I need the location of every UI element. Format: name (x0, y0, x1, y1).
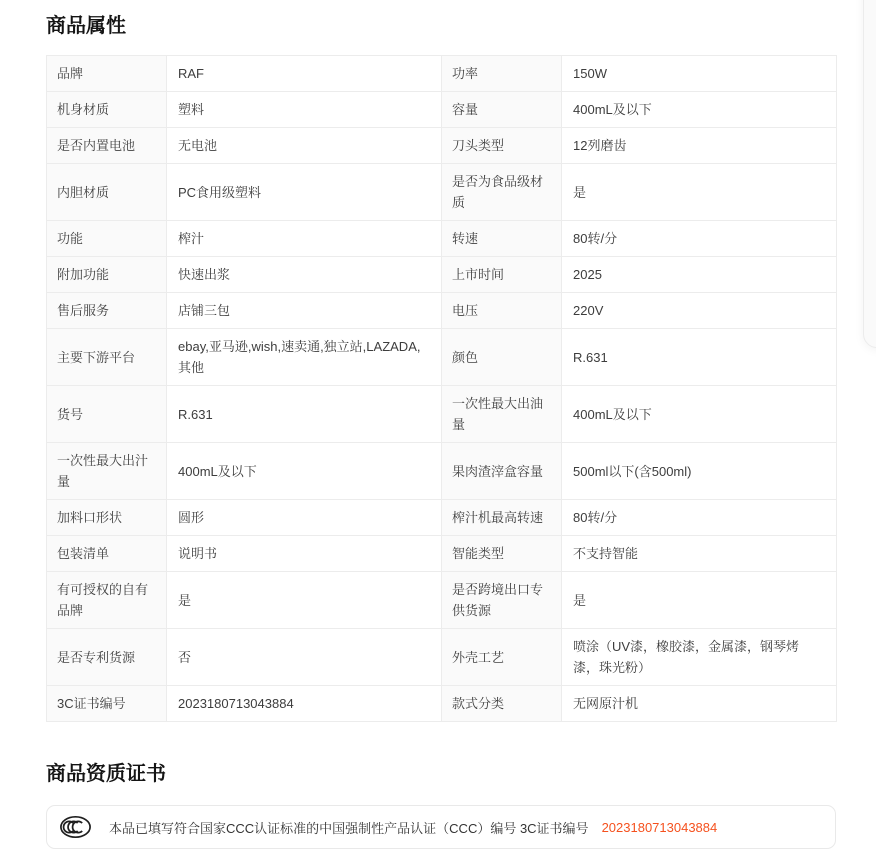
attribute-value: 150W (562, 56, 837, 92)
attribute-label: 款式分类 (442, 686, 562, 722)
attribute-label: 3C证书编号 (47, 686, 167, 722)
attribute-label: 加料口形状 (47, 500, 167, 536)
attribute-value: 无电池 (167, 128, 442, 164)
attribute-row: 3C证书编号2023180713043884款式分类无网原汁机 (47, 686, 837, 722)
attribute-label: 一次性最大出油量 (442, 386, 562, 443)
attribute-label: 颜色 (442, 329, 562, 386)
attribute-value: 2025 (562, 257, 837, 293)
attribute-row: 货号R.631一次性最大出油量400mL及以下 (47, 386, 837, 443)
certificate-number-link[interactable]: 2023180713043884 (602, 820, 718, 835)
attributes-table-body: 品牌RAF功率150W机身材质塑料容量400mL及以下是否内置电池无电池刀头类型… (47, 56, 837, 722)
attribute-value: 是 (167, 572, 442, 629)
attribute-label: 品牌 (47, 56, 167, 92)
attribute-row: 售后服务店铺三包电压220V (47, 293, 837, 329)
attribute-value: 500ml以下(含500ml) (562, 443, 837, 500)
attribute-value: RAF (167, 56, 442, 92)
attribute-value: R.631 (562, 329, 837, 386)
attribute-value: 喷涂（UV漆，橡胶漆，金属漆，钢琴烤漆，珠光粉） (562, 629, 837, 686)
attribute-value: 店铺三包 (167, 293, 442, 329)
attribute-label: 外壳工艺 (442, 629, 562, 686)
attribute-row: 功能榨汁转速80转/分 (47, 221, 837, 257)
attribute-value: 2023180713043884 (167, 686, 442, 722)
certificates-section-title: 商品资质证书 (46, 760, 836, 788)
attribute-row: 主要下游平台ebay,亚马逊,wish,速卖通,独立站,LAZADA,其他颜色R… (47, 329, 837, 386)
attribute-label: 功率 (442, 56, 562, 92)
attribute-value: 圆形 (167, 500, 442, 536)
attribute-value: ebay,亚马逊,wish,速卖通,独立站,LAZADA,其他 (167, 329, 442, 386)
attribute-row: 附加功能快速出浆上市时间2025 (47, 257, 837, 293)
certificate-statement-text: 本品已填写符合国家CCC认证标准的中国强制性产品认证（CCC）编号 3C证书编号 (109, 818, 589, 837)
attribute-label: 电压 (442, 293, 562, 329)
attribute-label: 机身材质 (47, 92, 167, 128)
attribute-value: 400mL及以下 (562, 92, 837, 128)
attribute-row: 有可授权的自有品牌是是否跨境出口专供货源是 (47, 572, 837, 629)
attribute-label: 功能 (47, 221, 167, 257)
attribute-value: 400mL及以下 (562, 386, 837, 443)
attribute-value: 否 (167, 629, 442, 686)
attribute-value: 不支持智能 (562, 536, 837, 572)
attribute-label: 包装清单 (47, 536, 167, 572)
attribute-value: R.631 (167, 386, 442, 443)
attribute-value: 塑料 (167, 92, 442, 128)
attribute-value: 无网原汁机 (562, 686, 837, 722)
attribute-row: 一次性最大出汁量400mL及以下果肉渣滓盒容量500ml以下(含500ml) (47, 443, 837, 500)
attribute-label: 是否专利货源 (47, 629, 167, 686)
attribute-value: 是 (562, 572, 837, 629)
attribute-label: 是否内置电池 (47, 128, 167, 164)
attribute-label: 上市时间 (442, 257, 562, 293)
attribute-label: 货号 (47, 386, 167, 443)
attribute-value: 400mL及以下 (167, 443, 442, 500)
attributes-table: 品牌RAF功率150W机身材质塑料容量400mL及以下是否内置电池无电池刀头类型… (46, 55, 837, 722)
attribute-label: 售后服务 (47, 293, 167, 329)
right-edge-floating-panel (863, 0, 876, 348)
attribute-label: 有可授权的自有品牌 (47, 572, 167, 629)
attribute-row: 品牌RAF功率150W (47, 56, 837, 92)
attribute-value: 榨汁 (167, 221, 442, 257)
attribute-row: 是否内置电池无电池刀头类型12列磨齿 (47, 128, 837, 164)
product-attributes-section: 商品属性 品牌RAF功率150W机身材质塑料容量400mL及以下是否内置电池无电… (46, 0, 836, 849)
attribute-row: 包装清单说明书智能类型不支持智能 (47, 536, 837, 572)
attribute-label: 内胆材质 (47, 164, 167, 221)
ccc-certification-icon (59, 815, 92, 839)
attribute-label: 转速 (442, 221, 562, 257)
attribute-label: 智能类型 (442, 536, 562, 572)
attribute-value: 快速出浆 (167, 257, 442, 293)
attribute-value: 是 (562, 164, 837, 221)
attribute-label: 一次性最大出汁量 (47, 443, 167, 500)
attributes-section-title: 商品属性 (46, 0, 836, 40)
product-detail-page: 商品属性 品牌RAF功率150W机身材质塑料容量400mL及以下是否内置电池无电… (0, 0, 876, 852)
attribute-label: 刀头类型 (442, 128, 562, 164)
attribute-value: PC食用级塑料 (167, 164, 442, 221)
certificate-card: 本品已填写符合国家CCC认证标准的中国强制性产品认证（CCC）编号 3C证书编号… (46, 805, 836, 849)
attribute-value: 80转/分 (562, 221, 837, 257)
attribute-label: 容量 (442, 92, 562, 128)
attribute-label: 是否跨境出口专供货源 (442, 572, 562, 629)
attribute-row: 机身材质塑料容量400mL及以下 (47, 92, 837, 128)
attribute-label: 附加功能 (47, 257, 167, 293)
attribute-value: 12列磨齿 (562, 128, 837, 164)
attribute-row: 是否专利货源否外壳工艺喷涂（UV漆，橡胶漆，金属漆，钢琴烤漆，珠光粉） (47, 629, 837, 686)
attribute-row: 内胆材质PC食用级塑料是否为食品级材质是 (47, 164, 837, 221)
attribute-label: 主要下游平台 (47, 329, 167, 386)
attribute-value: 220V (562, 293, 837, 329)
attribute-row: 加料口形状圆形榨汁机最高转速80转/分 (47, 500, 837, 536)
attribute-value: 80转/分 (562, 500, 837, 536)
attribute-label: 是否为食品级材质 (442, 164, 562, 221)
attribute-label: 榨汁机最高转速 (442, 500, 562, 536)
attribute-label: 果肉渣滓盒容量 (442, 443, 562, 500)
attribute-value: 说明书 (167, 536, 442, 572)
